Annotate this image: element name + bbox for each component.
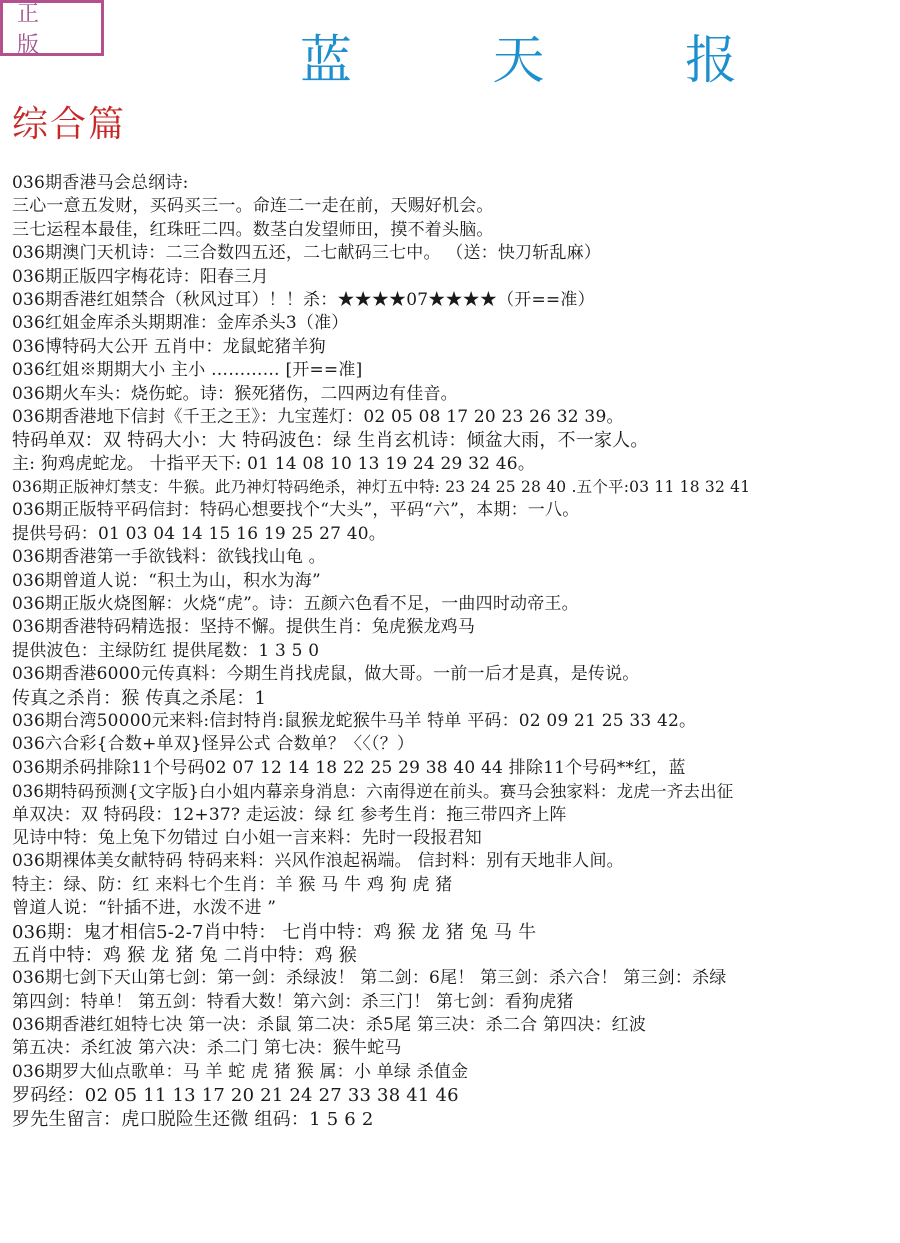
section-heading: 综合篇 xyxy=(12,96,126,147)
content-line: 036期火车头：烧伤蛇。诗：猴死猪伤，二四两边有佳音。 xyxy=(12,383,900,406)
content-line: 036期正版火烧图解：火烧“虎”。诗：五颜六色看不足，一曲四时动帝王。 xyxy=(12,593,900,616)
content-line: 提供波色：主绿防红 提供尾数：1 3 5 0 xyxy=(12,640,900,663)
content-line: 036期香港地下信封《千王之王》：九宝莲灯：02 05 08 17 20 23 … xyxy=(12,406,900,429)
content-line: 三心一意五发财，买码买三一。命连二一走在前，天赐好机会。 xyxy=(12,195,900,218)
content-line: 036期香港马会总纲诗: xyxy=(12,172,900,195)
content-line: 罗码经：02 05 11 13 17 20 21 24 27 33 38 41 … xyxy=(12,1084,900,1107)
content-line: 特主：绿、防：红 来料七个生肖：羊 猴 马 牛 鸡 狗 虎 猪 xyxy=(12,874,900,897)
content-line: 第五决：杀红波 第六决：杀二门 第七决：猴牛蛇马 xyxy=(12,1037,900,1060)
content-line: 036期正版特平码信封：特码心想要找个“大头”，平码“六”，本期：一八。 xyxy=(12,499,900,522)
page-title: 蓝 天 报 xyxy=(300,18,620,93)
content-line: 036期特码预测{文字版}白小姐内幕亲身消息：六南得逆在前头。赛马会独家料：龙虎… xyxy=(12,780,900,803)
content-line: 036期杀码排除11个号码02 07 12 14 18 22 25 29 38 … xyxy=(12,757,900,780)
content-line: 第四剑：特单！ 第五剑：特看大数！第六剑：杀三门！ 第七剑：看狗虎猪 xyxy=(12,991,900,1014)
content-line: 036期香港红姐特七决 第一决：杀鼠 第二决：杀5尾 第三决：杀二合 第四决：红… xyxy=(12,1014,900,1037)
content-line: 036期裸体美女献特码 特码来料：兴风作浪起祸端。 信封料：别有天地非人间。 xyxy=(12,850,900,873)
content-line: 036期香港6000元传真料：今期生肖找虎鼠，做大哥。一前一后才是真，是传说。 xyxy=(12,663,900,686)
content-line: 传真之杀肖：猴 传真之杀尾：1 xyxy=(12,687,900,710)
content-line: 036期香港红姐禁合（秋风过耳）！！杀：★★★★07★★★★（开==准） xyxy=(12,289,900,312)
content-line: 036期台湾50000元来料:信封特肖:鼠猴龙蛇猴牛马羊 特单 平码：02 09… xyxy=(12,710,900,733)
content-line: 036期罗大仙点歌单：马 羊 蛇 虎 猪 猴 属：小 单绿 杀值金 xyxy=(12,1061,900,1084)
content-line: 036期香港特码精选报：坚持不懈。提供生肖：兔虎猴龙鸡马 xyxy=(12,616,900,639)
content-line: 036期七剑下天山第七剑：第一剑：杀绿波！ 第二剑：6尾！ 第三剑：杀六合！ 第… xyxy=(12,967,900,990)
content-line: 036期：鬼才相信5-2-7肖中特： 七肖中特：鸡 猴 龙 猪 兔 马 牛 xyxy=(12,921,900,944)
content-line: 五肖中特：鸡 猴 龙 猪 兔 二肖中特：鸡 猴 xyxy=(12,944,900,967)
content-line: 主: 狗鸡虎蛇龙。 十指平天下: 01 14 08 10 13 19 24 29… xyxy=(12,453,900,476)
content-line: 三七运程本最佳，红珠旺二四。数茎白发望师田，摸不着头脑。 xyxy=(12,219,900,242)
content-line: 036期香港第一手欲钱料：欲钱找山龟 。 xyxy=(12,546,900,569)
content-line: 036期曾道人说：“积土为山，积水为海” xyxy=(12,570,900,593)
authentic-edition-badge: 正 版 xyxy=(0,0,104,56)
content-line: 特码单双：双 特码大小：大 特码波色：绿 生肖玄机诗：倾盆大雨，不一家人。 xyxy=(12,429,900,452)
content-line: 036红姐※期期大小 主小 ………… [开==准] xyxy=(12,359,900,382)
content-line: 罗先生留言：虎口脱险生还微 组码：1 5 6 2 xyxy=(12,1108,900,1131)
content-line: 036红姐金库杀头期期准：金库杀头3（准） xyxy=(12,312,900,335)
content-line: 036博特码大公开 五肖中：龙鼠蛇猪羊狗 xyxy=(12,336,900,359)
content-lines: 036期香港马会总纲诗: 三心一意五发财，买码买三一。命连二一走在前，天赐好机会… xyxy=(12,172,900,1131)
content-line: 036期正版四字梅花诗：阳春三月 xyxy=(12,266,900,289)
content-line: 提供号码：01 03 04 14 15 16 19 25 27 40。 xyxy=(12,523,900,546)
content-line: 曾道人说：“针插不进，水泼不进 ” xyxy=(12,897,900,920)
content-line: 见诗中特：兔上兔下勿错过 白小姐一言来料：先时一段报君知 xyxy=(12,827,900,850)
content-line: 036期澳门天机诗：二三合数四五还，二七献码三七中。 （送：快刀斩乱麻） xyxy=(12,242,900,265)
content-line: 036期正版神灯禁支：牛猴。此乃神灯特码绝杀，神灯五中特: 23 24 25 2… xyxy=(12,476,900,499)
content-line: 单双决：双 特码段：12+37? 走运波：绿 红 参考生肖：拖三带四齐上阵 xyxy=(12,804,900,827)
content-line: 036六合彩{合数+单双}怪异公式 合数单？〈〈（？） xyxy=(12,733,900,756)
